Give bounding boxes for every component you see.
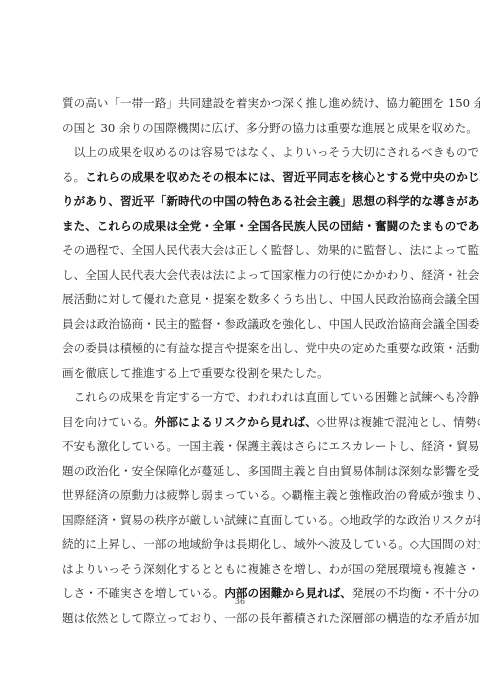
bold-text-segment: 外部によるリスクから見れば、 <box>155 415 317 429</box>
text-line: これらの成果を肯定する一方で、われわれは直面している困難と試練へも冷静に <box>62 385 420 410</box>
text-segment: 世界経済の原動力は疲弊し弱まっている。◇覇権主義と強権政治の脅威が強まり、 <box>62 488 480 502</box>
text-segment: 目を向けている。 <box>62 415 155 429</box>
text-segment: 題は依然として際立っており、一部の長年蓄積された深層部の構造的な矛盾が加速 <box>62 611 480 625</box>
text-line: はよりいっそう深刻化するとともに複雑さを増し、わが国の発展環境も複雑さ・厳 <box>62 557 420 582</box>
text-line: る。これらの成果を収めたその根本には、習近平同志を核心とする党中央のかじ取 <box>62 165 420 190</box>
text-line: その過程で、全国人民代表大会は正しく監督し、効果的に監督し、法によって監督 <box>62 238 420 263</box>
text-line: 世界経済の原動力は疲弊し弱まっている。◇覇権主義と強権政治の脅威が強まり、 <box>62 483 420 508</box>
text-line: 会の委員は積極的に有益な提言や提案を出し、党中央の定めた重要な政策・活動計 <box>62 336 420 361</box>
text-line: 不安も激化している。一国主義・保護主義はさらにエスカレートし、経済・貿易問 <box>62 434 420 459</box>
text-segment: その過程で、全国人民代表大会は正しく監督し、効果的に監督し、法によって監督 <box>62 243 480 257</box>
text-segment: 会の委員は積極的に有益な提言や提案を出し、党中央の定めた重要な政策・活動計 <box>62 341 480 355</box>
bold-text-segment: これらの成果を収めたその根本には、習近平同志を核心とする党中央のかじ取 <box>85 170 480 184</box>
text-segment: 不安も激化している。一国主義・保護主義はさらにエスカレートし、経済・貿易問 <box>62 439 480 453</box>
text-segment: の国と 30 余りの国際機関に広げ、多分野の協力は重要な進展と成果を収めた。 <box>62 121 478 135</box>
text-segment: はよりいっそう深刻化するとともに複雑さを増し、わが国の発展環境も複雑さ・厳 <box>62 562 480 576</box>
text-line: し、全国人民代表大会代表は法によって国家権力の行使にかかわり、経済・社会発 <box>62 263 420 288</box>
text-line: の国と 30 余りの国際機関に広げ、多分野の協力は重要な進展と成果を収めた。 <box>62 116 420 141</box>
text-segment: る。 <box>62 170 85 184</box>
text-segment: 員会は政治協商・民主的監督・参政議政を強化し、中国人民政治協商会議全国委員 <box>62 317 480 331</box>
body-text: 質の高い「一帯一路」共同建設を着実かつ深く推し進め続け、協力範囲を 150 余り… <box>62 91 420 630</box>
text-segment: これらの成果を肯定する一方で、われわれは直面している困難と試練へも冷静に <box>62 390 480 404</box>
text-line: 続的に上昇し、一部の地域紛争は長期化し、域外へ波及している。◇大国間の対立 <box>62 532 420 557</box>
text-segment: 以上の成果を収めるのは容易ではなく、よりいっそう大切にされるべきものであ <box>62 145 480 159</box>
text-segment: 題の政治化・安全保障化が蔓延し、多国間主義と自由貿易体制は深刻な影響を受け、 <box>62 464 480 478</box>
text-line: 目を向けている。外部によるリスクから見れば、◇世界は複雑で混沌とし、情勢の <box>62 410 420 435</box>
text-segment: 国際経済・貿易の秩序が厳しい試練に直面している。◇地政学的な政治リスクが持 <box>62 513 480 527</box>
text-line: 題の政治化・安全保障化が蔓延し、多国間主義と自由貿易体制は深刻な影響を受け、 <box>62 459 420 484</box>
text-segment: ◇世界は複雑で混沌とし、情勢の <box>317 415 480 429</box>
text-line: 画を徹底して推進する上で重要な役割を果たした。 <box>62 361 420 386</box>
text-segment: し、全国人民代表大会代表は法によって国家権力の行使にかかわり、経済・社会発 <box>62 268 480 282</box>
text-line: 展活動に対して優れた意見・提案を数多くうち出し、中国人民政治協商会議全国委 <box>62 287 420 312</box>
text-line: りがあり、習近平「新時代の中国の特色ある社会主義」思想の科学的な導きがある。 <box>62 189 420 214</box>
text-segment: 画を徹底して推進する上で重要な役割を果たした。 <box>62 366 329 380</box>
text-segment: 続的に上昇し、一部の地域紛争は長期化し、域外へ波及している。◇大国間の対立 <box>62 537 480 551</box>
bold-text-segment: また、これらの成果は全党・全軍・全国各民族人民の団結・奮闘のたまものである。 <box>62 219 480 233</box>
text-line: 題は依然として際立っており、一部の長年蓄積された深層部の構造的な矛盾が加速 <box>62 606 420 631</box>
document-page: 質の高い「一帯一路」共同建設を着実かつ深く推し進め続け、協力範囲を 150 余り… <box>0 0 480 679</box>
text-line: また、これらの成果は全党・全軍・全国各民族人民の団結・奮闘のたまものである。 <box>62 214 420 239</box>
text-line: 員会は政治協商・民主的監督・参政議政を強化し、中国人民政治協商会議全国委員 <box>62 312 420 337</box>
text-line: 質の高い「一帯一路」共同建設を着実かつ深く推し進め続け、協力範囲を 150 余り <box>62 91 420 116</box>
text-line: 以上の成果を収めるのは容易ではなく、よりいっそう大切にされるべきものであ <box>62 140 420 165</box>
bold-text-segment: りがあり、習近平「新時代の中国の特色ある社会主義」思想の科学的な導きがある。 <box>62 194 480 208</box>
text-segment: 展活動に対して優れた意見・提案を数多くうち出し、中国人民政治協商会議全国委 <box>62 292 480 306</box>
text-segment: 質の高い「一帯一路」共同建設を着実かつ深く推し進め続け、協力範囲を 150 余り <box>62 96 480 110</box>
page-number: 36 <box>0 597 480 606</box>
text-line: 国際経済・貿易の秩序が厳しい試練に直面している。◇地政学的な政治リスクが持 <box>62 508 420 533</box>
